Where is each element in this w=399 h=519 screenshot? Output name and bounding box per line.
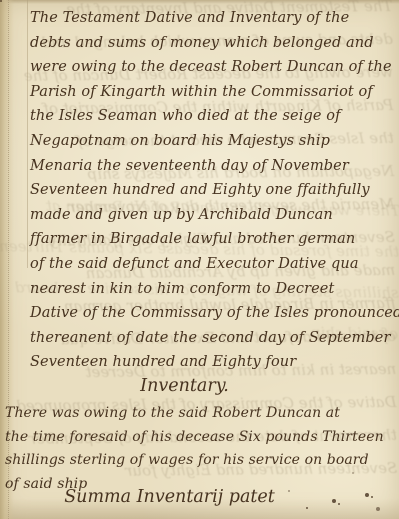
manuscript-page: The Testament Dative and Inventary of th… xyxy=(0,0,399,519)
manuscript-line: Menaria the seventeenth day of November xyxy=(30,154,397,179)
manuscript-line: of the said defunct and Executor Dative … xyxy=(30,252,397,277)
manuscript-text: The Testament Dative and Inventary of th… xyxy=(0,0,399,519)
manuscript-line: nearest in kin to him conform to Decreet xyxy=(30,277,397,302)
manuscript-line: shillings sterling of wages for his serv… xyxy=(5,449,397,473)
manuscript-line: Parish of Kingarth within the Commissari… xyxy=(30,80,397,105)
manuscript-line: Seventeen hundred and Eighty four xyxy=(30,350,397,375)
manuscript-line: Seventeen hundred and Eighty one ffaithf… xyxy=(30,178,397,203)
manuscript-line: the Isles Seaman who died at the seige o… xyxy=(30,104,397,129)
manuscript-line: debts and sums of money which belonged a… xyxy=(30,31,397,56)
testament-paragraph: The Testament Dative and Inventary of th… xyxy=(30,6,397,375)
inventary-heading: Inventary. xyxy=(0,376,369,396)
manuscript-line: Dative of the Commissary of the Isles pr… xyxy=(30,301,397,326)
manuscript-line: The Testament Dative and Inventary of th… xyxy=(30,6,397,31)
manuscript-line: ffarmer in Birgadale lawful brother germ… xyxy=(30,227,397,252)
manuscript-line: thereanent of date the second day of Sep… xyxy=(30,326,397,351)
ink-specks xyxy=(0,0,2,2)
manuscript-line: the time foresaid of his decease Six pou… xyxy=(5,426,397,450)
manuscript-line: Negapotnam on board his Majestys ship xyxy=(30,129,397,154)
manuscript-line: were owing to the deceast Robert Duncan … xyxy=(30,55,397,80)
manuscript-line: There was owing to the said Robert Dunca… xyxy=(5,402,397,426)
inventory-paragraph: There was owing to the said Robert Dunca… xyxy=(5,402,397,496)
manuscript-line: made and given up by Archibald Duncan xyxy=(30,203,397,228)
summa-line: Summa Inventarij patet xyxy=(0,487,339,507)
